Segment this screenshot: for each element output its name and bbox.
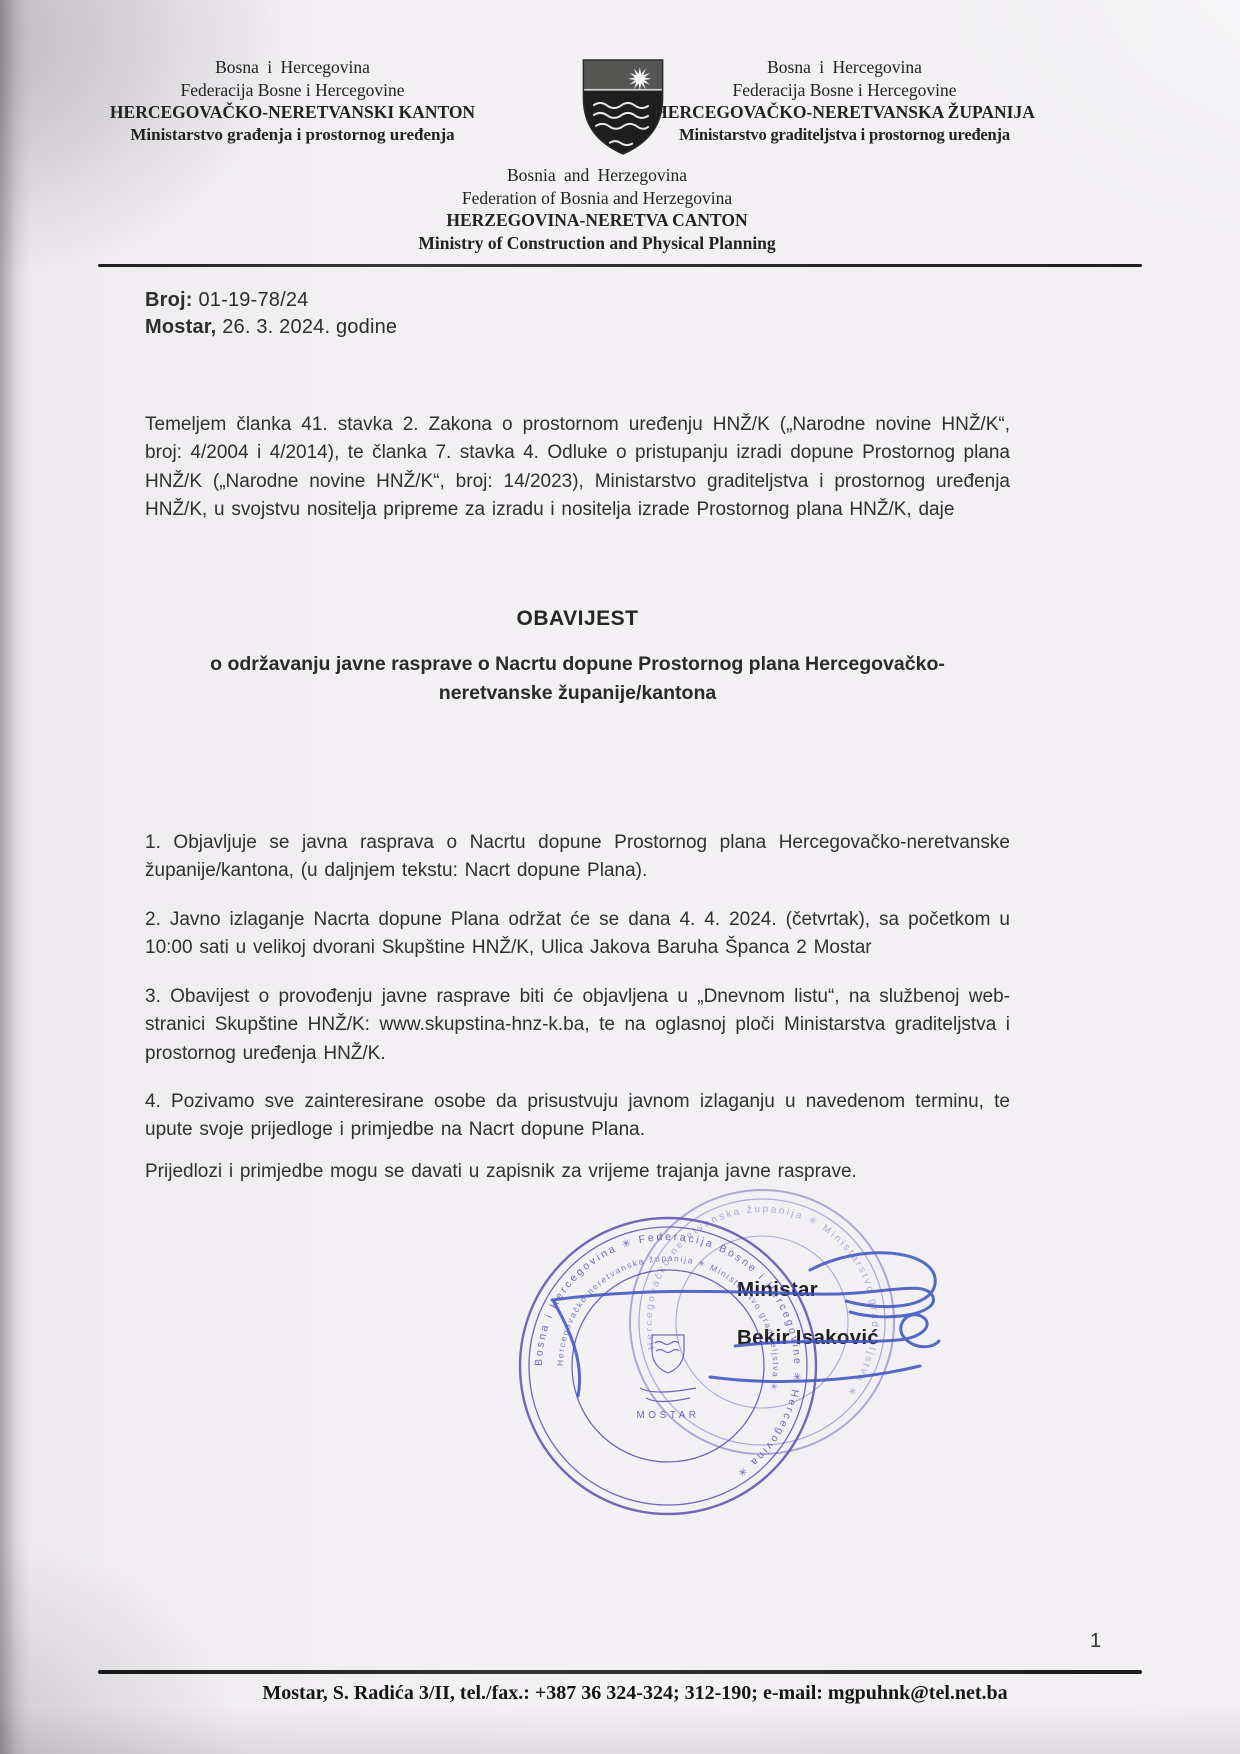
- intro-paragraph: Temeljem članka 41. stavka 2. Zakona o p…: [145, 411, 1010, 525]
- document-subtitle: o održavanju javne rasprave o Nacrtu dop…: [190, 650, 965, 708]
- footer-address: Mostar, S. Radića 3/II, tel./fax.: +387 …: [130, 1682, 1140, 1705]
- letterhead-line: HERCEGOVAČKO-NERETVANSKA ŽUPANIJA: [642, 101, 1047, 124]
- body-item-2: 2. Javno izlaganje Nacrta dopune Plana o…: [145, 906, 1010, 963]
- body-item-1: 1. Objavljuje se javna rasprava o Nacrtu…: [145, 829, 1010, 886]
- letterhead-line: Bosna i Hercegovina: [642, 56, 1047, 79]
- letterhead-line: Ministarstvo građenja i prostornog uređe…: [95, 124, 490, 147]
- stamp-curved-text: Hercegovačko-neretvanska županija ✳ Mini…: [555, 1253, 781, 1393]
- reference-date-line: Mostar, 26. 3. 2024. godine: [145, 316, 397, 339]
- body-item-4: 4. Pozivamo sve zainteresirane osobe da …: [145, 1088, 1010, 1145]
- letterhead-line: Bosna i Hercegovina: [95, 56, 490, 79]
- reference-number-label: Broj:: [145, 289, 193, 311]
- letterhead-line: Federation of Bosnia and Herzegovina: [117, 187, 1077, 210]
- letterhead-english: Bosnia and Herzegovina Federation of Bos…: [117, 164, 1077, 254]
- letterhead-line: HERZEGOVINA-NERETVA CANTON: [117, 209, 1077, 232]
- svg-text:Hercegovačko-neretvanska župan: Hercegovačko-neretvanska županija ✳ Mini…: [555, 1253, 781, 1393]
- body-item-3: 3. Obavijest o provođenju javne rasprave…: [145, 983, 1010, 1068]
- footer-divider: [98, 1670, 1142, 1674]
- letterhead-line: Federacija Bosne i Hercegovine: [95, 79, 490, 102]
- letterhead-line: HERCEGOVAČKO-NERETVANSKI KANTON: [95, 101, 490, 124]
- scan-shadow-left: [0, 0, 26, 1754]
- page-number: 1: [1090, 1630, 1101, 1653]
- letterhead-right: Bosna i Hercegovina Federacija Bosne i H…: [642, 56, 1047, 146]
- scanned-document-page: Bosna i Hercegovina Federacija Bosne i H…: [0, 0, 1240, 1754]
- reference-number-value: 01-19-78/24: [198, 289, 308, 311]
- stamp-and-signature: Hercegovačko-neretvanska županija ✳ Mini…: [500, 1150, 970, 1522]
- reference-number-line: Broj: 01-19-78/24: [145, 289, 309, 312]
- letterhead-line: Bosnia and Herzegovina: [117, 164, 1077, 187]
- document-title: OBAVIJEST: [145, 607, 1010, 631]
- stamp-city-text: MOSTAR: [636, 1410, 699, 1421]
- scan-shadow-bottom: [0, 1706, 1240, 1754]
- header-divider: [98, 264, 1142, 267]
- reference-place-label: Mostar,: [145, 316, 216, 338]
- official-stamp-impression-1: Bosna i Hercegovina ✳ Federacija Bosne i…: [520, 1218, 816, 1514]
- letterhead-line: Ministarstvo graditeljstva i prostornog …: [642, 124, 1047, 147]
- letterhead-line: Ministry of Construction and Physical Pl…: [117, 232, 1077, 255]
- letterhead-line: Federacija Bosne i Hercegovine: [642, 79, 1047, 102]
- reference-date-value: 26. 3. 2024. godine: [222, 316, 397, 338]
- letterhead-left: Bosna i Hercegovina Federacija Bosne i H…: [95, 56, 490, 146]
